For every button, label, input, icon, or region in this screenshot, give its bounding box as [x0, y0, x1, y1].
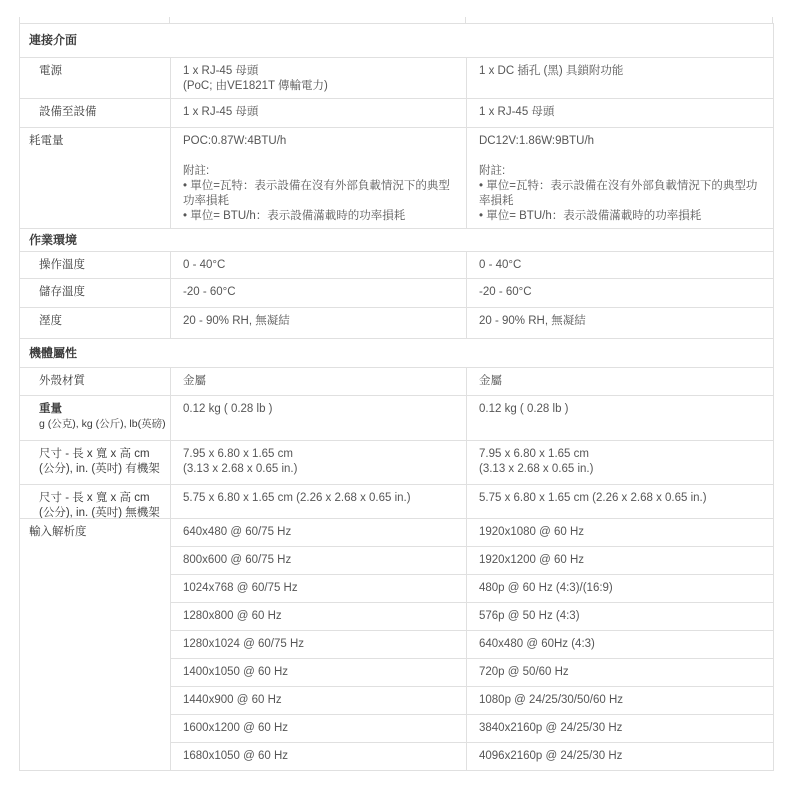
spec-label-cell: 設備至設備 [20, 99, 171, 128]
spec-label: 重量 [39, 402, 166, 417]
resolution-left: 1600x1200 @ 60 Hz [171, 715, 467, 743]
spec-value-right: -20 - 60°C [467, 279, 774, 308]
spec-label-cell: 儲存溫度 [20, 279, 171, 308]
table-row: 儲存溫度 -20 - 60°C -20 - 60°C [20, 279, 774, 308]
resolution-right: 3840x2160p @ 24/25/30 Hz [467, 715, 774, 743]
spec-label: 儲存溫度 [39, 285, 166, 300]
section-header-label: 作業環境 [20, 229, 774, 252]
spec-table-resolution-body: 輸入解析度640x480 @ 60/75 Hz 1920x1080 @ 60 H… [20, 519, 774, 771]
resolution-right: 480p @ 60 Hz (4:3)/(16:9) [467, 575, 774, 603]
spec-value-right: 0.12 kg ( 0.28 lb ) [467, 396, 774, 441]
spec-value-left: 7.95 x 6.80 x 1.65 cm (3.13 x 2.68 x 0.6… [171, 441, 467, 485]
spec-label-cell: 操作溫度 [20, 252, 171, 279]
table-row: 耗電量 POC:0.87W:4BTU/h 附註: • 單位=瓦特：表示設備在沒有… [20, 128, 774, 229]
resolution-right: 576p @ 50 Hz (4:3) [467, 603, 774, 631]
spec-value-right: 0 - 40°C [467, 252, 774, 279]
section-header-label: 機體屬性 [20, 339, 774, 368]
spec-label-cell: 電源 [20, 58, 171, 99]
spec-label-cell: 外殼材質 [20, 368, 171, 396]
spec-value-left: 金屬 [171, 368, 467, 396]
spec-label-units: g (公克), kg (公斤), lb(英磅) [39, 417, 166, 432]
spec-table-main-body: 連接介面 電源 1 x RJ-45 母頭 (PoC; 由VE1821T 傳輸電力… [20, 24, 774, 528]
spec-label: 操作溫度 [39, 258, 166, 273]
spec-value-right: 20 - 90% RH, 無凝結 [467, 308, 774, 339]
table-row: 尺寸 - 長 x 寬 x 高 cm (公分), in. (英吋) 有機架 7.9… [20, 441, 774, 485]
spec-label: 尺寸 - 長 x 寬 x 高 cm (公分), in. (英吋) 有機架 [39, 447, 166, 477]
table-row: 外殼材質 金屬 金屬 [20, 368, 774, 396]
table-section-row: 作業環境 [20, 229, 774, 252]
spec-value-right: 1 x DC 插孔 (黑) 具鎖附功能 [467, 58, 774, 99]
spec-value-left: 1 x RJ-45 母頭 [171, 99, 467, 128]
spec-value-right: 1 x RJ-45 母頭 [467, 99, 774, 128]
spec-label: 溼度 [39, 314, 166, 329]
spec-label: 外殼材質 [39, 374, 166, 389]
spec-page: 連接介面 電源 1 x RJ-45 母頭 (PoC; 由VE1821T 傳輸電力… [0, 0, 800, 800]
resolution-row: 輸入解析度640x480 @ 60/75 Hz 1920x1080 @ 60 H… [20, 519, 774, 547]
table-section-row: 機體屬性 [20, 339, 774, 368]
resolution-right: 720p @ 50/60 Hz [467, 659, 774, 687]
spec-label-cell: 重量 g (公克), kg (公斤), lb(英磅) [20, 396, 171, 441]
spec-label-cell: 尺寸 - 長 x 寬 x 高 cm (公分), in. (英吋) 有機架 [20, 441, 171, 485]
table-row: 溼度 20 - 90% RH, 無凝結 20 - 90% RH, 無凝結 [20, 308, 774, 339]
spec-label: 設備至設備 [39, 105, 166, 120]
spec-value-right: DC12V:1.86W:9BTU/h 附註: • 單位=瓦特：表示設備在沒有外部… [467, 128, 774, 229]
table-section-row: 連接介面 [20, 24, 774, 58]
spec-label: 電源 [39, 64, 166, 79]
spec-value-left: 1 x RJ-45 母頭 (PoC; 由VE1821T 傳輸電力) [171, 58, 467, 99]
spec-value-left: 0 - 40°C [171, 252, 467, 279]
spec-value-left: 0.12 kg ( 0.28 lb ) [171, 396, 467, 441]
spec-label: 尺寸 - 長 x 寬 x 高 cm (公分), in. (英吋) 無機架 [39, 491, 166, 521]
table-row: 操作溫度 0 - 40°C 0 - 40°C [20, 252, 774, 279]
spec-value-left: POC:0.87W:4BTU/h 附註: • 單位=瓦特：表示設備在沒有外部負載… [171, 128, 467, 229]
section-header-label: 連接介面 [20, 24, 774, 58]
resolution-right: 1080p @ 24/25/30/50/60 Hz [467, 687, 774, 715]
resolution-right: 4096x2160p @ 24/25/30 Hz [467, 743, 774, 771]
spec-label-cell: 耗電量 [20, 128, 171, 229]
spec-table-resolution: 輸入解析度640x480 @ 60/75 Hz 1920x1080 @ 60 H… [19, 518, 774, 771]
resolution-left: 1024x768 @ 60/75 Hz [171, 575, 467, 603]
table-row: 電源 1 x RJ-45 母頭 (PoC; 由VE1821T 傳輸電力) 1 x… [20, 58, 774, 99]
spec-value-right: 金屬 [467, 368, 774, 396]
table-row: 重量 g (公克), kg (公斤), lb(英磅) 0.12 kg ( 0.2… [20, 396, 774, 441]
spec-label: 耗電量 [29, 134, 166, 149]
resolution-left: 800x600 @ 60/75 Hz [171, 547, 467, 575]
resolution-left: 1680x1050 @ 60 Hz [171, 743, 467, 771]
resolution-right: 1920x1200 @ 60 Hz [467, 547, 774, 575]
resolution-right: 1920x1080 @ 60 Hz [467, 519, 774, 547]
spec-label-cell: 溼度 [20, 308, 171, 339]
resolution-left: 1400x1050 @ 60 Hz [171, 659, 467, 687]
resolution-left: 1280x800 @ 60 Hz [171, 603, 467, 631]
resolution-right: 640x480 @ 60Hz (4:3) [467, 631, 774, 659]
resolution-left: 1440x900 @ 60 Hz [171, 687, 467, 715]
spec-value-right: 7.95 x 6.80 x 1.65 cm (3.13 x 2.68 x 0.6… [467, 441, 774, 485]
resolution-left: 640x480 @ 60/75 Hz [171, 519, 467, 547]
spec-value-left: -20 - 60°C [171, 279, 467, 308]
resolution-left: 1280x1024 @ 60/75 Hz [171, 631, 467, 659]
spec-value-left: 20 - 90% RH, 無凝結 [171, 308, 467, 339]
spec-table-main: 連接介面 電源 1 x RJ-45 母頭 (PoC; 由VE1821T 傳輸電力… [19, 23, 774, 528]
table-row: 設備至設備 1 x RJ-45 母頭 1 x RJ-45 母頭 [20, 99, 774, 128]
resolution-table-label: 輸入解析度 [20, 519, 171, 771]
